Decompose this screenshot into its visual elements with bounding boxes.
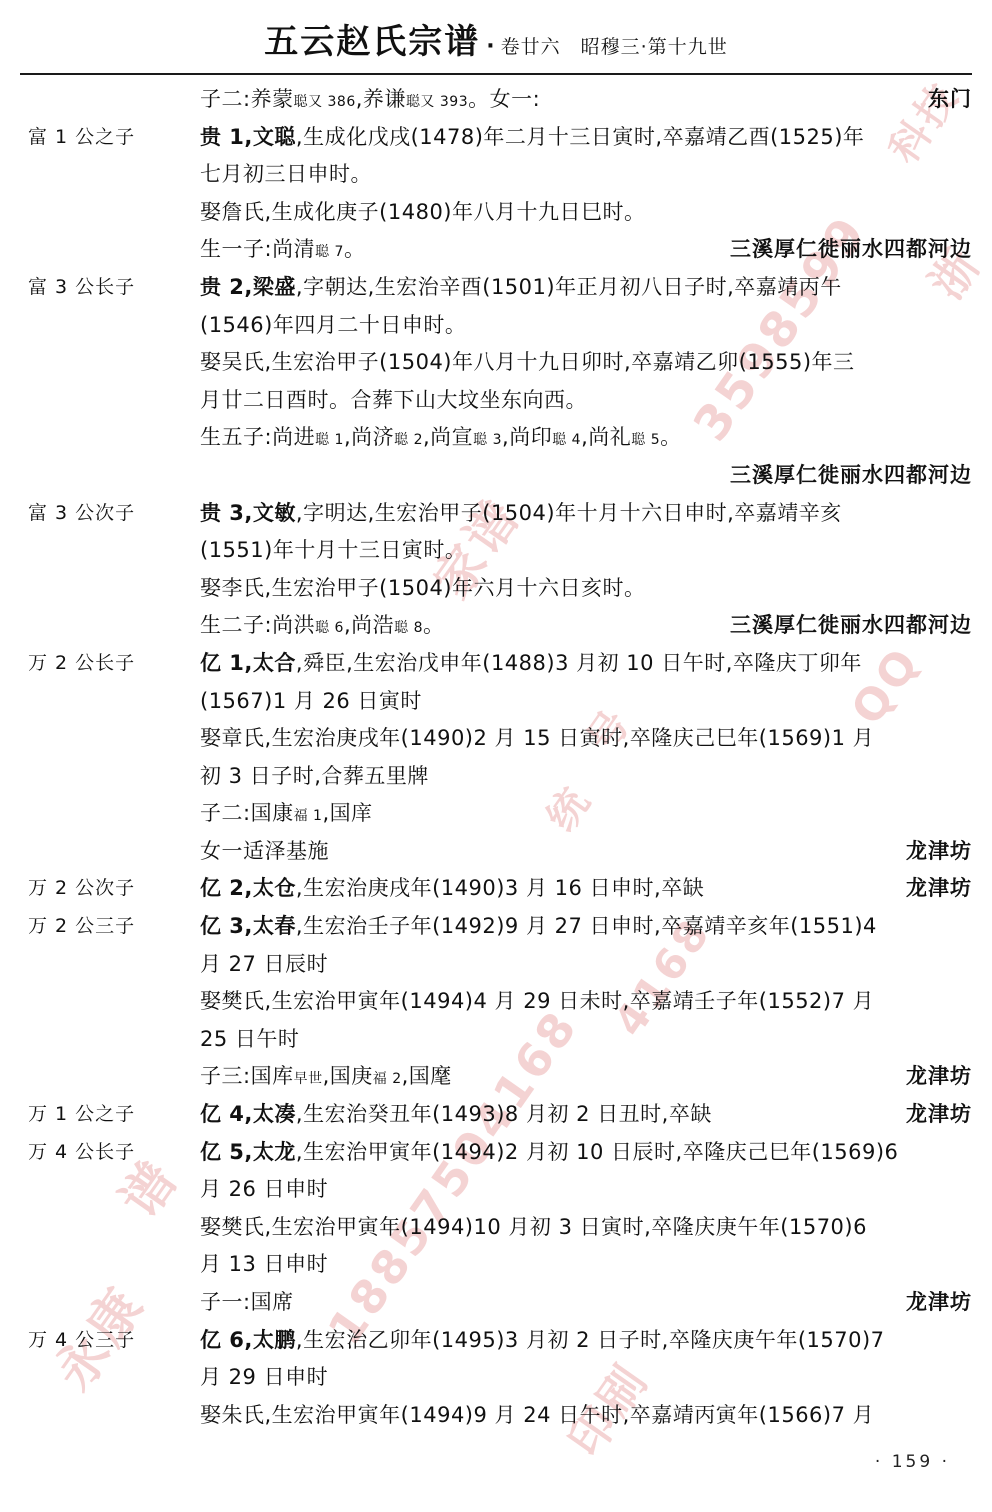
entry-text: (1546)年四月二十日申时。 (200, 313, 466, 337)
genealogy-line: 初 3 日子时,合葬五里牌 (0, 758, 992, 796)
residence-label: 龙津坊 (906, 1058, 972, 1096)
entry-text: 亿 2,太仓,生宏治庚戌年(1490)3 月 16 日申时,卒缺 (200, 876, 704, 900)
entry-text: 子二:养蒙聪又 386,养谦聪又 393。女一: (200, 87, 540, 111)
entry-text: 娶樊氏,生宏治甲寅年(1494)4 月 29 日未时,卒嘉靖壬子年(1552)7… (200, 989, 874, 1013)
entry-text: 亿 3,太春,生宏治壬子年(1492)9 月 27 日申时,卒嘉靖辛亥年(155… (200, 914, 877, 938)
entry-text: 初 3 日子时,合葬五里牌 (200, 764, 429, 788)
entry-text: 亿 4,太凑,生宏治癸丑年(1493)8 月初 2 日丑时,卒缺 (200, 1102, 712, 1126)
genealogy-line: 万 4 公长子亿 5,太龙,生宏治甲寅年(1494)2 月初 10 日辰时,卒隆… (0, 1134, 992, 1172)
title-separator-dot: · (480, 34, 500, 59)
genealogy-line: 三溪厚仁徙丽水四都河边 (0, 457, 992, 495)
book-title: 五云赵氏宗谱 (264, 22, 480, 62)
genealogy-line: 月 26 日申时 (0, 1171, 992, 1209)
residence-label: 东门 (928, 81, 972, 119)
entry-text: 月 29 日申时 (200, 1365, 328, 1389)
residence-label: 三溪厚仁徙丽水四都河边 (730, 607, 972, 645)
genealogy-line: 子三:国库早世,国庚福 2,国麾龙津坊 (0, 1058, 992, 1096)
genealogy-page: 科技浙3598599家谱号QQ统416818857504168谱永康印刷 五云赵… (0, 0, 992, 1512)
genealogy-line: 万 2 公三子亿 3,太春,生宏治壬子年(1492)9 月 27 日申时,卒嘉靖… (0, 908, 992, 946)
entry-text: 亿 5,太龙,生宏治甲寅年(1494)2 月初 10 日辰时,卒隆庆己巳年(15… (200, 1140, 898, 1164)
genealogy-line: 富 3 公长子贵 2,梁盛,字朝达,生宏治辛酉(1501)年正月初八日子时,卒嘉… (0, 269, 992, 307)
entry-text: 贵 3,文敏,字明达,生宏治甲子(1504)年十月十六日申时,卒嘉靖辛亥 (200, 501, 842, 525)
genealogy-line: 生二子:尚洪聪 6,尚浩聪 8。三溪厚仁徙丽水四都河边 (0, 607, 992, 645)
genealogy-lines: 子二:养蒙聪又 386,养谦聪又 393。女一:东门富 1 公之子贵 1,文聪,… (0, 75, 992, 1434)
entry-text: 月 26 日申时 (200, 1177, 328, 1201)
entry-text: 子二:国康福 1,国庠 (200, 801, 373, 825)
lineage-label: 万 2 公三子 (28, 908, 135, 946)
genealogy-line: 万 2 公长子亿 1,太合,舜臣,生宏治戊申年(1488)3 月初 10 日午时… (0, 645, 992, 683)
genealogy-line: 娶章氏,生宏治庚戌年(1490)2 月 15 日寅时,卒隆庆己巳年(1569)1… (0, 720, 992, 758)
entry-text: 娶樊氏,生宏治甲寅年(1494)10 月初 3 日寅时,卒隆庆庚午年(1570)… (200, 1215, 867, 1239)
entry-text: 贵 2,梁盛,字朝达,生宏治辛酉(1501)年正月初八日子时,卒嘉靖丙午 (200, 275, 842, 299)
genealogy-line: 女一适泽基施龙津坊 (0, 833, 992, 871)
entry-text: 娶李氏,生宏治甲子(1504)年六月十六日亥时。 (200, 576, 646, 600)
page-number: · 159 · (875, 1452, 950, 1472)
lineage-label: 万 4 公长子 (28, 1134, 135, 1172)
residence-label: 龙津坊 (906, 870, 972, 908)
residence-label: 龙津坊 (906, 833, 972, 871)
genealogy-line: 月廿二日酉时。合葬下山大坟坐东向西。 (0, 382, 992, 420)
lineage-label: 万 1 公之子 (28, 1096, 135, 1134)
lineage-label: 富 3 公次子 (28, 495, 135, 533)
entry-text: (1567)1 月 26 日寅时 (200, 689, 422, 713)
genealogy-line: 25 日午时 (0, 1021, 992, 1059)
volume-subtitle: 卷廿六 昭穆三·第十九世 (501, 36, 728, 58)
genealogy-line: 月 29 日申时 (0, 1359, 992, 1397)
residence-label: 龙津坊 (906, 1096, 972, 1134)
entry-text: 亿 1,太合,舜臣,生宏治戊申年(1488)3 月初 10 日午时,卒隆庆丁卯年 (200, 651, 862, 675)
entry-text: 生二子:尚洪聪 6,尚浩聪 8。 (200, 613, 444, 637)
genealogy-line: 富 1 公之子贵 1,文聪,生成化戊戌(1478)年二月十三日寅时,卒嘉靖乙酉(… (0, 119, 992, 157)
entry-text: 娶吴氏,生宏治甲子(1504)年八月十九日卯时,卒嘉靖乙卯(1555)年三 (200, 350, 855, 374)
lineage-label: 富 3 公长子 (28, 269, 135, 307)
entry-text: 亿 6,太鹏,生宏治乙卯年(1495)3 月初 2 日子时,卒隆庆庚午年(157… (200, 1328, 885, 1352)
genealogy-line: 娶樊氏,生宏治甲寅年(1494)4 月 29 日未时,卒嘉靖壬子年(1552)7… (0, 983, 992, 1021)
page-header: 五云赵氏宗谱·卷廿六 昭穆三·第十九世 (0, 0, 992, 63)
genealogy-line: 娶李氏,生宏治甲子(1504)年六月十六日亥时。 (0, 570, 992, 608)
genealogy-line: 子一:国席龙津坊 (0, 1284, 992, 1322)
entry-text: 七月初三日申时。 (200, 162, 372, 186)
lineage-label: 万 2 公长子 (28, 645, 135, 683)
entry-text: 子一:国席 (200, 1290, 294, 1314)
entry-text: 贵 1,文聪,生成化戊戌(1478)年二月十三日寅时,卒嘉靖乙酉(1525)年 (200, 125, 864, 149)
entry-text: 女一适泽基施 (200, 839, 329, 863)
residence-label: 龙津坊 (906, 1284, 972, 1322)
genealogy-line: 月 13 日申时 (0, 1246, 992, 1284)
entry-text: 生一子:尚清聪 7。 (200, 237, 365, 261)
genealogy-line: (1567)1 月 26 日寅时 (0, 683, 992, 721)
genealogy-line: 万 4 公三子亿 6,太鹏,生宏治乙卯年(1495)3 月初 2 日子时,卒隆庆… (0, 1322, 992, 1360)
entry-text: 子三:国库早世,国庚福 2,国麾 (200, 1064, 452, 1088)
genealogy-line: 富 3 公次子贵 3,文敏,字明达,生宏治甲子(1504)年十月十六日申时,卒嘉… (0, 495, 992, 533)
entry-text: 25 日午时 (200, 1027, 299, 1051)
genealogy-line: 七月初三日申时。 (0, 156, 992, 194)
lineage-label: 万 2 公次子 (28, 870, 135, 908)
lineage-label: 富 1 公之子 (28, 119, 135, 157)
entry-text: 娶朱氏,生宏治甲寅年(1494)9 月 24 日午时,卒嘉靖丙寅年(1566)7… (200, 1403, 874, 1427)
genealogy-line: 娶詹氏,生成化庚子(1480)年八月十九日巳时。 (0, 194, 992, 232)
genealogy-line: 万 1 公之子亿 4,太凑,生宏治癸丑年(1493)8 月初 2 日丑时,卒缺龙… (0, 1096, 992, 1134)
residence-label: 三溪厚仁徙丽水四都河边 (730, 231, 972, 269)
genealogy-line: 子二:养蒙聪又 386,养谦聪又 393。女一:东门 (0, 81, 992, 119)
entry-text: 月廿二日酉时。合葬下山大坟坐东向西。 (200, 388, 587, 412)
genealogy-line: 娶朱氏,生宏治甲寅年(1494)9 月 24 日午时,卒嘉靖丙寅年(1566)7… (0, 1397, 992, 1435)
genealogy-line: 万 2 公次子亿 2,太仓,生宏治庚戌年(1490)3 月 16 日申时,卒缺龙… (0, 870, 992, 908)
genealogy-line: 娶吴氏,生宏治甲子(1504)年八月十九日卯时,卒嘉靖乙卯(1555)年三 (0, 344, 992, 382)
genealogy-line: 娶樊氏,生宏治甲寅年(1494)10 月初 3 日寅时,卒隆庆庚午年(1570)… (0, 1209, 992, 1247)
entry-text: (1551)年十月十三日寅时。 (200, 538, 466, 562)
genealogy-line: 子二:国康福 1,国庠 (0, 795, 992, 833)
entry-text: 生五子:尚进聪 1,尚济聪 2,尚宣聪 3,尚印聪 4,尚礼聪 5。 (200, 425, 682, 449)
entry-text: 月 27 日辰时 (200, 952, 328, 976)
genealogy-line: 生一子:尚清聪 7。三溪厚仁徙丽水四都河边 (0, 231, 992, 269)
residence-label: 三溪厚仁徙丽水四都河边 (730, 457, 972, 495)
entry-text: 娶詹氏,生成化庚子(1480)年八月十九日巳时。 (200, 200, 646, 224)
entry-text: 娶章氏,生宏治庚戌年(1490)2 月 15 日寅时,卒隆庆己巳年(1569)1… (200, 726, 874, 750)
genealogy-line: (1546)年四月二十日申时。 (0, 307, 992, 345)
genealogy-line: (1551)年十月十三日寅时。 (0, 532, 992, 570)
entry-text: 月 13 日申时 (200, 1252, 328, 1276)
genealogy-line: 月 27 日辰时 (0, 946, 992, 984)
lineage-label: 万 4 公三子 (28, 1322, 135, 1360)
genealogy-line: 生五子:尚进聪 1,尚济聪 2,尚宣聪 3,尚印聪 4,尚礼聪 5。 (0, 419, 992, 457)
